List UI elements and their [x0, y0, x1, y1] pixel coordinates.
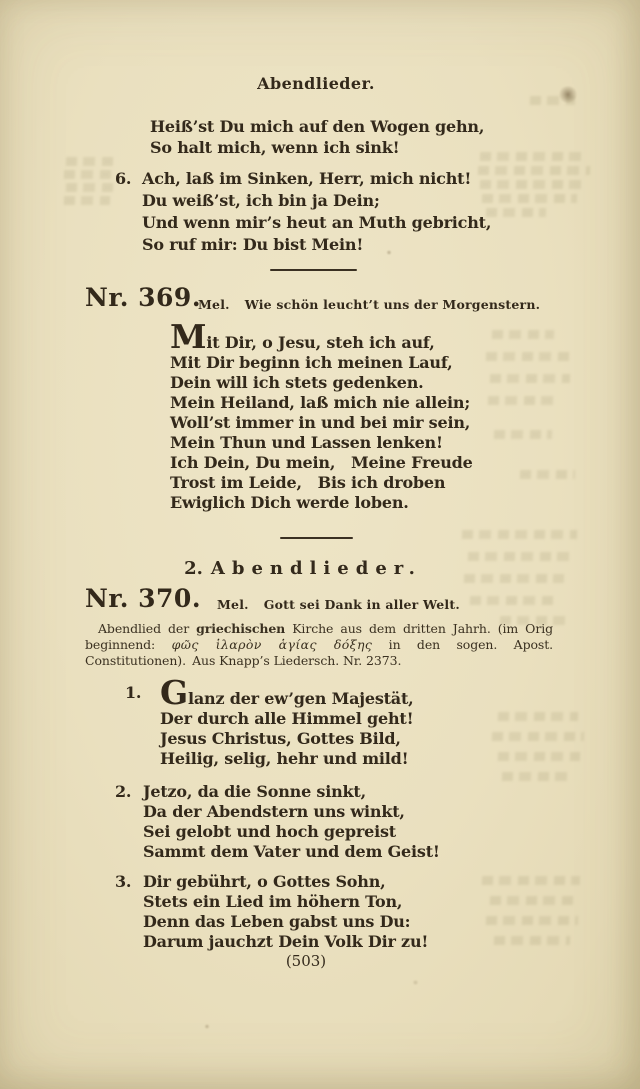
- section-number: 2.: [184, 558, 203, 579]
- verse-line: Trost im Leide, Bis ich droben: [170, 473, 473, 493]
- melody-prefix: Mel.: [198, 297, 230, 312]
- note-emphasis: griechischen: [196, 621, 285, 636]
- verse-lines: Ach, laß im Sinken, Herr, mich nicht! Du…: [142, 168, 491, 256]
- verse-lines: Dir gebührt, o Gottes Sohn, Stets ein Li…: [143, 872, 428, 952]
- verse-number: 1.: [125, 683, 160, 769]
- bleedthrough-mark: [66, 183, 116, 192]
- bleedthrough-mark: [480, 180, 588, 189]
- initial-capital: M: [170, 317, 206, 356]
- verse-line: Du weiß’st, ich bin ja Dein;: [142, 190, 491, 212]
- verse-line: Jesus Christus, Gottes Bild,: [160, 729, 414, 749]
- bleedthrough-mark: [482, 876, 580, 885]
- verse-line: Da der Abendstern uns winkt,: [143, 802, 440, 822]
- melody-prefix: Mel.: [217, 597, 249, 612]
- verse-line: Jetzo, da die Sonne sinkt,: [143, 782, 440, 802]
- verse-line: Und wenn mir’s heut an Muth gebricht,: [142, 212, 491, 234]
- paper-speck: [412, 980, 419, 985]
- hymn-368-verse-6: 6. Ach, laß im Sinken, Herr, mich nicht!…: [115, 168, 491, 256]
- verse-line: Ich Dein, Du mein, Meine Freude: [170, 453, 473, 473]
- hymn-370-melody: Mel.Gott sei Dank in aller Welt.: [217, 597, 460, 612]
- bleedthrough-mark: [482, 194, 577, 203]
- melody-title: Gott sei Dank in aller Welt.: [264, 597, 460, 612]
- verse-line: Denn das Leben gabst uns Du:: [143, 912, 428, 932]
- verse-line: Mit Dir, o Jesu, steh ich auf,: [170, 327, 473, 353]
- bleedthrough-mark: [480, 152, 585, 161]
- verse-number: 2.: [115, 782, 143, 862]
- verse-line-rest: lanz der ew’gen Majestät,: [188, 689, 414, 708]
- divider-rule: [270, 269, 357, 271]
- verse-line: Dir gebührt, o Gottes Sohn,: [143, 872, 428, 892]
- verse-line: So halt mich, wenn ich sink!: [150, 137, 484, 158]
- running-head: Abendlieder.: [0, 74, 636, 93]
- verse-line: Mein Heiland, laß mich nie allein;: [170, 393, 473, 413]
- hymn-370-verse-2: 2. Jetzo, da die Sonne sinkt, Da der Abe…: [115, 782, 440, 862]
- hymn-370-number: Nr. 370.: [85, 584, 201, 613]
- verse-lines: Jetzo, da die Sonne sinkt, Da der Abends…: [143, 782, 440, 862]
- verse-number: 3.: [115, 872, 143, 952]
- bleedthrough-mark: [478, 166, 590, 175]
- hymn-370-note: Abendlied der griechischen Kirche aus de…: [85, 621, 553, 669]
- verse-line: Darum jauchzt Dein Volk Dir zu!: [143, 932, 428, 952]
- verse-line: So ruf mir: Du bist Mein!: [142, 234, 491, 256]
- verse-line: Glanz der ew’gen Majestät,: [160, 683, 414, 709]
- hymn-369-melody: Mel.Wie schön leucht’t uns der Morgenste…: [198, 297, 540, 312]
- verse-line: Woll’st immer in und bei mir sein,: [170, 413, 473, 433]
- hymn-370-verse-3: 3. Dir gebührt, o Gottes Sohn, Stets ein…: [115, 872, 428, 952]
- verse-lines: Glanz der ew’gen Majestät, Der durch all…: [160, 683, 414, 769]
- divider-rule: [280, 537, 353, 539]
- hymn-368-stanza-end: Heiß’st Du mich auf den Wogen gehn, So h…: [150, 116, 484, 158]
- bleedthrough-mark: [530, 96, 575, 105]
- bleedthrough-mark: [494, 936, 570, 945]
- hymn-369-stanza: Mit Dir, o Jesu, steh ich auf, Mit Dir b…: [170, 327, 473, 513]
- hymn-369-number: Nr. 369.: [85, 283, 201, 312]
- verse-line: Sammt dem Vater und dem Geist!: [143, 842, 440, 862]
- bleedthrough-mark: [490, 896, 578, 905]
- verse-line: Mit Dir beginn ich meinen Lauf,: [170, 353, 473, 373]
- hymn-370-verse-1: 1. Glanz der ew’gen Majestät, Der durch …: [125, 683, 414, 769]
- bleedthrough-mark: [486, 352, 574, 361]
- verse-number: 6.: [115, 168, 142, 256]
- bleedthrough-mark: [492, 330, 554, 339]
- bleedthrough-mark: [492, 732, 584, 741]
- bleedthrough-mark: [462, 530, 577, 539]
- note-text: Abendlied der: [98, 621, 196, 636]
- bleedthrough-mark: [494, 430, 552, 439]
- book-page: Abendlieder. Heiß’st Du mich auf den Wog…: [0, 0, 640, 1089]
- page-number: (503): [0, 952, 626, 970]
- bleedthrough-mark: [490, 374, 570, 383]
- verse-line: Ewiglich Dich werde loben.: [170, 493, 473, 513]
- bleedthrough-mark: [498, 752, 580, 761]
- section-heading: 2.Abendlieder.: [0, 558, 623, 579]
- bleedthrough-mark: [64, 196, 110, 205]
- verse-line: Dein will ich stets gedenken.: [170, 373, 473, 393]
- verse-line: Heilig, selig, hehr und mild!: [160, 749, 414, 769]
- bleedthrough-mark: [486, 916, 578, 925]
- initial-capital: G: [160, 673, 188, 712]
- verse-line: Mein Thun und Lassen lenken!: [170, 433, 473, 453]
- verse-line: Heiß’st Du mich auf den Wogen gehn,: [150, 116, 484, 137]
- bleedthrough-mark: [470, 596, 558, 605]
- bleedthrough-mark: [66, 157, 114, 166]
- bleedthrough-mark: [64, 170, 116, 179]
- bleedthrough-mark: [498, 712, 578, 721]
- bleedthrough-mark: [486, 208, 546, 217]
- bleedthrough-mark: [502, 772, 572, 781]
- melody-title: Wie schön leucht’t uns der Morgenstern.: [245, 297, 540, 312]
- verse-line: Der durch alle Himmel geht!: [160, 709, 414, 729]
- bleedthrough-mark: [520, 470, 575, 479]
- paper-speck: [204, 1024, 210, 1029]
- verse-line: Ach, laß im Sinken, Herr, mich nicht!: [142, 168, 491, 190]
- bleedthrough-mark: [488, 396, 560, 405]
- verse-line: Sei gelobt und hoch gepreist: [143, 822, 440, 842]
- verse-line-rest: it Dir, o Jesu, steh ich auf,: [206, 333, 434, 352]
- verse-line: Stets ein Lied im höhern Ton,: [143, 892, 428, 912]
- note-greek-incipit: φῶς ἱλαρὸν ἁγίας δόξης: [172, 637, 373, 652]
- section-title: Abendlieder.: [211, 558, 422, 579]
